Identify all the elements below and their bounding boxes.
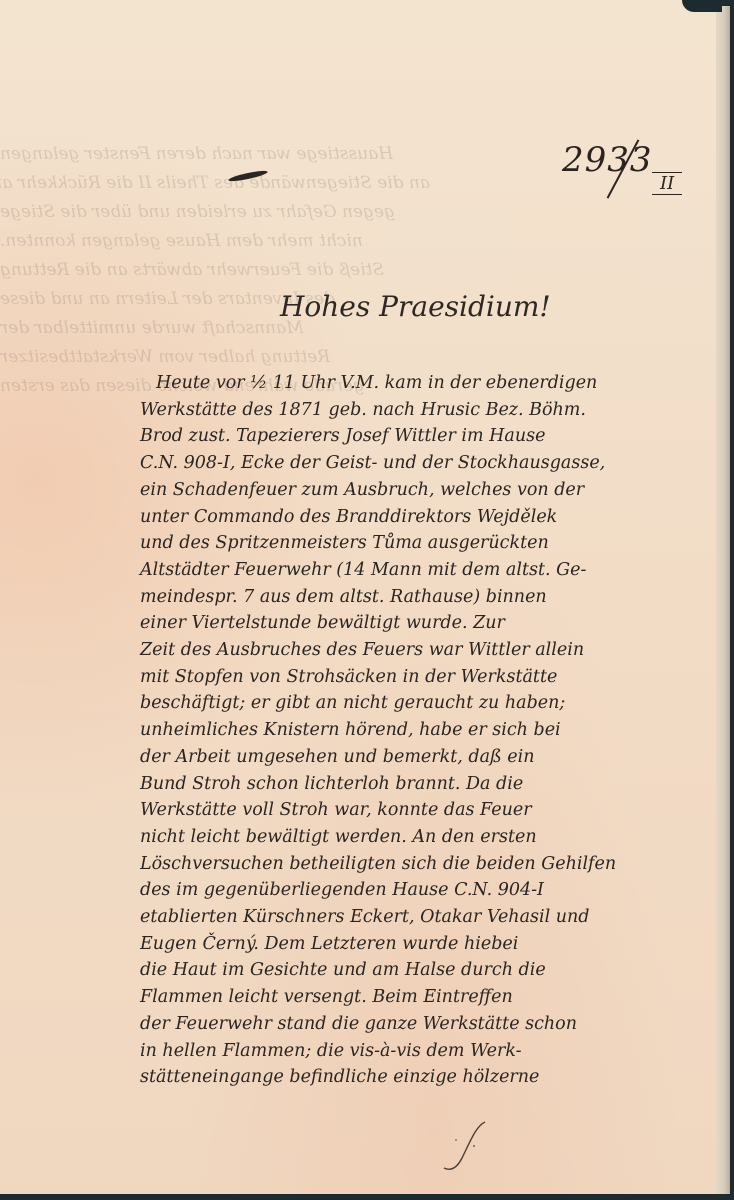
- text-line: des im gegenüberliegenden Hause C.N. 904…: [140, 877, 718, 904]
- text-line: C.N. 908-I, Ecke der Geist- und der Stoc…: [140, 450, 718, 477]
- text-line: Löschversuchen betheiligten sich die bei…: [140, 851, 718, 878]
- text-line: der Feuerwehr stand die ganze Werkstätte…: [140, 1011, 718, 1038]
- document-page: Hausstiege war nach deren Fenster gelang…: [0, 0, 722, 1194]
- bleed-line: nicht mehr dem Hause gelangen konnten.: [0, 227, 430, 256]
- text-line: stätteneingange befindliche einzige hölz…: [140, 1064, 718, 1091]
- text-line: mit Stopfen von Strohsäcken in der Werks…: [140, 664, 718, 691]
- text-line: und des Spritzenmeisters Tůma ausgerückt…: [140, 530, 718, 557]
- text-line: beschäftigt; er gibt an nicht geraucht z…: [140, 690, 718, 717]
- page-binding-edge: [716, 6, 730, 1194]
- report-body: Heute vor ½ 11 Uhr V.M. kam in der ebene…: [148, 370, 718, 1091]
- text-line: unheimliches Knistern hörend, habe er si…: [140, 717, 718, 744]
- text-line: der Arbeit umgesehen und bemerkt, daß ei…: [140, 744, 718, 771]
- bleed-line: an die Stiegenwände des Theils II die Rü…: [0, 169, 430, 198]
- text-line: Flammen leicht versengt. Beim Eintreffen: [140, 984, 718, 1011]
- text-line: Zeit des Ausbruches des Feuers war Wittl…: [140, 637, 718, 664]
- text-line: Werkstätte voll Stroh war, konnte das Fe…: [140, 797, 718, 824]
- text-line: einer Viertelstunde bewältigt wurde. Zur: [140, 610, 718, 637]
- bleed-line: Stieß die Feuerwehr abwärts an die Rettu…: [0, 256, 430, 285]
- text-line: in hellen Flammen; die vis-à-vis dem Wer…: [140, 1038, 718, 1065]
- text-line: Werkstätte des 1871 geb. nach Hrusic Bez…: [140, 397, 718, 424]
- bleed-line: gegen Gefahr zu erleiden und über die St…: [0, 198, 430, 227]
- text-line: Bund Stroh schon lichterloh brannt. Da d…: [140, 771, 718, 798]
- file-section: II: [652, 172, 682, 195]
- bleed-through-text: Hausstiege war nach deren Fenster gelang…: [0, 140, 430, 401]
- file-number: 2933: [562, 140, 653, 180]
- text-line: unter Commando des Branddirektors Wejděl…: [140, 504, 718, 531]
- text-line: nicht leicht bewältigt werden. An den er…: [140, 824, 718, 851]
- text-line: etablierten Kürschners Eckert, Otakar Ve…: [140, 904, 718, 931]
- salutation: Hohes Praesidium!: [280, 290, 551, 323]
- text-line: Eugen Černý. Dem Letzteren wurde hiebei: [140, 931, 718, 958]
- text-line: die Haut im Gesichte und am Halse durch …: [140, 957, 718, 984]
- text-line: Altstädter Feuerwehr (14 Mann mit dem al…: [140, 557, 718, 584]
- text-line: Heute vor ½ 11 Uhr V.M. kam in der ebene…: [148, 370, 718, 397]
- page-corner-shadow: [682, 0, 722, 12]
- catchword-flourish-icon: [440, 1118, 500, 1178]
- text-line: ein Schadenfeuer zum Ausbruch, welches v…: [140, 477, 718, 504]
- bleed-line: Hausstiege war nach deren Fenster gelang…: [0, 140, 430, 169]
- bleed-line: Rettung halber vom Werkstattbesitzer: [0, 343, 430, 372]
- text-line: Brod zust. Tapezierers Josef Wittler im …: [140, 423, 718, 450]
- text-line: meindespr. 7 aus dem altst. Rathause) bi…: [140, 584, 718, 611]
